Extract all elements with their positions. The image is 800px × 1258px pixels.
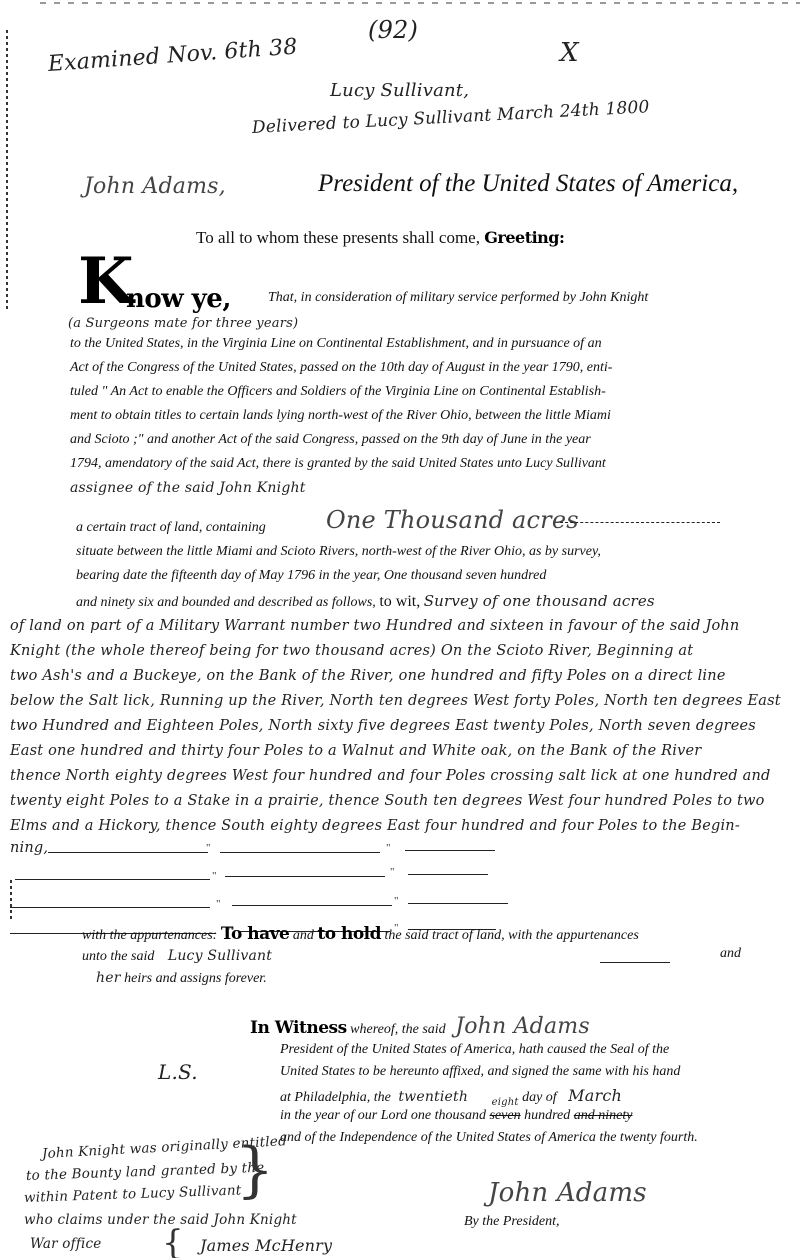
- testimonium-president: John Adams: [455, 1014, 590, 1039]
- survey-line-10: ning,: [10, 840, 48, 856]
- year-inserted: eight: [492, 1097, 519, 1108]
- independence-line: and of the Independence of the United St…: [280, 1130, 698, 1146]
- to-hold: to hold: [317, 924, 381, 944]
- tract-line-2: bearing date the fifteenth day of May 17…: [76, 568, 546, 584]
- scan-edge-noise: [40, 2, 800, 4]
- marginal-brace: }: [236, 1140, 274, 1200]
- tract-line-3: and ninety six and bounded and described…: [76, 592, 655, 611]
- know-ye-line-8: 1794, amendatory of the said Act, there …: [70, 456, 606, 472]
- know-ye-line-7: and Scioto ;" and another Act of the sai…: [70, 432, 591, 448]
- page-number: (92): [368, 16, 418, 44]
- to-wit: to wit,: [379, 593, 420, 610]
- filler-quote: ": [386, 842, 391, 854]
- survey-line-4: below the Salt lick, Running up the Rive…: [10, 693, 781, 709]
- greeting-word: Greeting:: [484, 228, 564, 247]
- know-ye-heading: now ye,: [126, 284, 231, 314]
- testimonium-line-1: In Witness whereof, the said John Adams: [250, 1014, 590, 1039]
- testimonium-line-2: President of the United States of Americ…: [280, 1042, 669, 1058]
- to-have: To have: [221, 924, 290, 944]
- filler-rule: [408, 874, 488, 875]
- in-witness: In Witness: [250, 1018, 347, 1038]
- filler-quote: ": [390, 866, 395, 878]
- marginal-note-line-4: who claims under the said John Knight: [24, 1212, 297, 1228]
- testimonium-line-3: United States to be hereunto affixed, an…: [280, 1064, 680, 1080]
- mchenry-signature: James McHenry: [200, 1236, 332, 1255]
- greeting-text: To all to whom these presents shall come…: [196, 228, 480, 247]
- war-office-brace: {: [162, 1226, 184, 1258]
- filler-rule: [600, 962, 670, 963]
- know-ye-line-3: to the United States, in the Virginia Li…: [70, 336, 602, 352]
- filler-rule: [560, 522, 720, 523]
- filler-rule: [48, 852, 208, 853]
- habendum-line-2: unto the said Lucy Sullivant: [82, 948, 272, 965]
- habendum-unto: unto the said: [82, 949, 154, 964]
- president-name-handwritten: John Adams,: [84, 174, 226, 199]
- tract-line-1: situate between the little Miami and Sci…: [76, 544, 601, 560]
- survey-line-7: thence North eighty degrees West four hu…: [10, 768, 771, 784]
- tract-acreage: One Thousand acres: [326, 506, 579, 534]
- at-place: at Philadelphia, the: [280, 1090, 391, 1105]
- margin-mark: X: [560, 38, 579, 68]
- survey-line-9: Elms and a Hickory, thence South eighty …: [10, 818, 740, 834]
- filler-quote: ": [216, 898, 221, 910]
- testimonium-line-5: in the year of our Lord one thousand sev…: [280, 1108, 632, 1124]
- habendum-line-3: her heirs and assigns forever.: [96, 970, 267, 987]
- marginal-note-line-3: within Patent to Lucy Sullivant: [24, 1182, 242, 1206]
- tract-containing-label: a certain tract of land, containing: [76, 520, 266, 536]
- know-ye-line-1: That, in consideration of military servi…: [268, 290, 648, 306]
- year-hundred: hundred: [524, 1108, 570, 1123]
- survey-line-6: East one hundred and thirty four Poles t…: [10, 743, 701, 759]
- habendum-pre: with the appurtenances:: [82, 928, 217, 943]
- document-title: President of the United States of Americ…: [318, 170, 738, 198]
- survey-start: Survey of one thousand acres: [424, 592, 655, 610]
- day-of: day of: [522, 1090, 557, 1105]
- survey-line-3: two Ash's and a Buckeye, on the Bank of …: [10, 668, 726, 684]
- survey-line-2: Knight (the whole thereof being for two …: [10, 643, 693, 659]
- scan-left-edge-lower: [10, 880, 12, 920]
- filler-quote: ": [206, 842, 211, 854]
- whereof: whereof, the said: [350, 1022, 446, 1037]
- greeting-line: To all to whom these presents shall come…: [196, 228, 564, 248]
- survey-line-8: twenty eight Poles to a Stake in a prair…: [10, 793, 765, 809]
- marginal-note-line-2: to the Bounty land granted by the: [26, 1160, 265, 1184]
- year-struck-seven: seven: [489, 1108, 520, 1123]
- habendum-line-1: with the appurtenances: To have and to h…: [82, 924, 639, 944]
- filler-rule: [405, 850, 495, 851]
- filler-rule: [220, 852, 380, 853]
- grantee-docket: Lucy Sullivant,: [330, 80, 469, 101]
- filler-rule: [232, 905, 392, 906]
- habendum-and: and: [293, 928, 314, 943]
- year-line-pre: in the year of our Lord one thousand: [280, 1108, 486, 1123]
- habendum-post: the said tract of land, with the appurte…: [385, 928, 639, 943]
- know-ye-line-4: Act of the Congress of the United States…: [70, 360, 612, 376]
- habendum-heirs: heirs and assigns forever.: [124, 971, 267, 986]
- know-ye-line-6: ment to obtain titles to certain lands l…: [70, 408, 611, 424]
- filler-quote: ": [212, 870, 217, 882]
- know-ye-line-9: assignee of the said John Knight: [70, 480, 306, 496]
- delivered-note: Delivered to Lucy Sullivant March 24th 1…: [251, 97, 650, 138]
- habendum-grantee: Lucy Sullivant: [168, 948, 272, 964]
- year-struck-ninety: and ninety: [574, 1108, 633, 1123]
- seal-label: L.S.: [158, 1060, 198, 1084]
- war-office-label: War office: [30, 1236, 101, 1252]
- filler-rule: [10, 907, 210, 908]
- survey-line-5: two Hundred and Eighteen Poles, North si…: [10, 718, 756, 734]
- testimonium-month: March: [568, 1086, 622, 1105]
- filler-rule: [15, 879, 210, 880]
- know-ye-line-2: (a Surgeons mate for three years): [68, 316, 298, 331]
- testimonium-day: twentieth: [398, 1089, 468, 1105]
- survey-line-1: of land on part of a Military Warrant nu…: [10, 618, 739, 634]
- examined-note: Examined Nov. 6th 38: [47, 35, 298, 77]
- habendum-her: her: [96, 970, 121, 986]
- testimonium-line-4: at Philadelphia, the twentieth eight day…: [280, 1086, 622, 1108]
- scan-left-edge: [6, 30, 8, 310]
- know-ye-line-5: tuled " An Act to enable the Officers an…: [70, 384, 606, 400]
- president-signature: John Adams: [488, 1178, 647, 1208]
- tract-bounded-text: and ninety six and bounded and described…: [76, 595, 376, 610]
- filler-rule: [408, 903, 508, 904]
- filler-rule: [225, 876, 385, 877]
- by-the-president: By the President,: [464, 1214, 560, 1230]
- filler-quote: ": [394, 895, 399, 907]
- habendum-and-2: and: [720, 946, 741, 962]
